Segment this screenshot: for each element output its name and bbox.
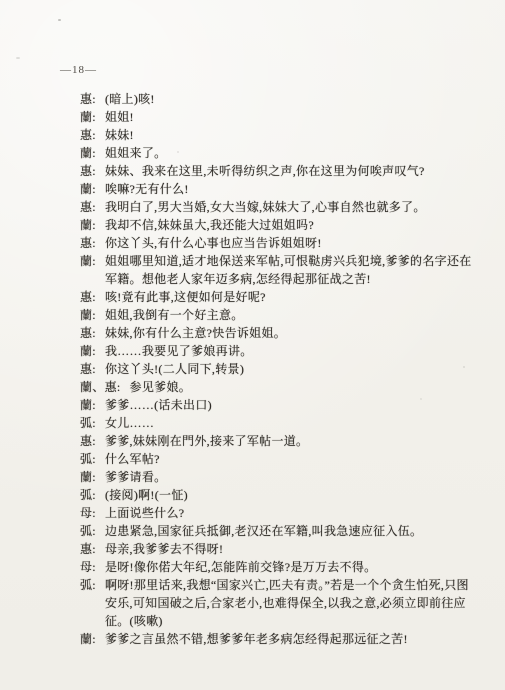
dialogue-text: 女儿…… — [105, 414, 475, 432]
dialogue-text: 唉嘛?无有什么! — [105, 180, 475, 198]
dialogue-text: 边患紧急,国家征兵抵御,老汉还在军籍,叫我急速应征入伍。 — [105, 522, 475, 540]
speaker-label: 惠: — [80, 360, 105, 378]
speaker-label: 蘭: — [80, 108, 105, 126]
dialogue-text: 你这丫头,有什么心事也应当告诉姐姐呀! — [105, 234, 475, 252]
script-line: 惠: 母亲,我爹爹去不得呀! — [80, 540, 475, 558]
dialogue-text: 妹妹、我来在这里,未听得纺织之声,你在这里为何唉声叹气? — [105, 162, 475, 180]
script-line: 惠: 妹妹! — [80, 126, 475, 144]
script-line: 弧: 女儿…… — [80, 414, 475, 432]
speaker-label: 弧: — [80, 522, 105, 540]
script-line: 蘭、惠: 参见爹娘。 — [80, 378, 475, 396]
speaker-label: 惠: — [80, 324, 105, 342]
dialogue-text: 我却不信,妹妹虽大,我还能大过姐姐吗? — [105, 216, 475, 234]
dialogue-text: 我……我要见了爹娘再讲。 — [105, 342, 475, 360]
dialogue-text: (暗上)咳! — [105, 90, 475, 108]
speaker-label: 弧: — [80, 414, 105, 432]
script-line: 蘭: 唉嘛?无有什么! — [80, 180, 475, 198]
speaker-label: 蘭: — [80, 216, 105, 234]
speaker-label: 蘭: — [80, 144, 105, 162]
speaker-label: 蘭: — [80, 396, 105, 414]
speaker-label: 蘭: — [80, 630, 105, 648]
script-line: 惠: 妹妹、我来在这里,未听得纺织之声,你在这里为何唉声叹气? — [80, 162, 475, 180]
speaker-label: 惠: — [80, 198, 105, 216]
scan-speck — [16, 57, 20, 59]
speaker-label: 惠: — [80, 90, 105, 108]
script-line: 母: 是呀!像你偌大年纪,怎能阵前交锋?是万万去不得。 — [80, 558, 475, 576]
dialogue-text: 姐姐,我倒有一个好主意。 — [105, 306, 475, 324]
dialogue-text: 妹妹! — [105, 126, 475, 144]
speaker-label: 弧: — [80, 576, 105, 594]
dialogue-text: 咳!竟有此事,这便如何是好呢? — [105, 288, 475, 306]
dialogue-text: 什么军帖? — [105, 450, 475, 468]
dialogue-text: 姐姐哪里知道,适才地保送来军帖,可恨鞑虏兴兵犯境,爹爹的名字还在军籍。想他老人家… — [105, 252, 475, 288]
speaker-label: 弧: — [80, 486, 105, 504]
speaker-label: 蘭: — [80, 468, 105, 486]
dialogue-text: 妹妹,你有什么主意?快告诉姐姐。 — [105, 324, 475, 342]
script-line: 惠: (暗上)咳! — [80, 90, 475, 108]
scan-speck — [58, 19, 61, 21]
speaker-label: 蘭: — [80, 180, 105, 198]
dialogue-text: 爹爹之言虽然不错,想爹爹年老多病怎经得起那远征之苦! — [105, 630, 475, 648]
script-line: 惠: 妹妹,你有什么主意?快告诉姐姐。 — [80, 324, 475, 342]
script-body: 惠: (暗上)咳! 蘭: 姐姐! 惠: 妹妹! 蘭: 姐姐来了。 惠: 妹妹、我… — [80, 90, 475, 648]
dialogue-text: 爹爹……(话未出口) — [105, 396, 475, 414]
speaker-label: 蘭: — [80, 342, 105, 360]
script-line: 蘭: 姐姐,我倒有一个好主意。 — [80, 306, 475, 324]
speaker-label: 惠: — [80, 540, 105, 558]
script-line: 惠: 你这丫头,有什么心事也应当告诉姐姐呀! — [80, 234, 475, 252]
speaker-label: 惠: — [80, 288, 105, 306]
dialogue-text: 你这丫头!(二人同下,转景) — [105, 360, 475, 378]
speaker-label: 惠: — [80, 162, 105, 180]
script-line: 弧: 边患紧急,国家征兵抵御,老汉还在军籍,叫我急速应征入伍。 — [80, 522, 475, 540]
script-line: 弧: 啊呀!那里话来,我想“国家兴亡,匹夫有责。”若是一个个贪生怕死,只图安乐,… — [80, 576, 475, 630]
dialogue-text: 爹爹请看。 — [105, 468, 475, 486]
dialogue-text: 啊呀!那里话来,我想“国家兴亡,匹夫有责。”若是一个个贪生怕死,只图安乐,可知国… — [105, 576, 475, 630]
dialogue-text: 是呀!像你偌大年纪,怎能阵前交锋?是万万去不得。 — [105, 558, 475, 576]
script-line: 母: 上面说些什么? — [80, 504, 475, 522]
script-line: 惠: 你这丫头!(二人同下,转景) — [80, 360, 475, 378]
dialogue-text: 母亲,我爹爹去不得呀! — [105, 540, 475, 558]
dialogue-text: (接阅)啊!(一怔) — [105, 486, 475, 504]
dialogue-text: 爹爹,妹妹刚在門外,接来了军帖一道。 — [105, 432, 475, 450]
script-line: 蘭: 爹爹请看。 — [80, 468, 475, 486]
script-line: 蘭: 爹爹……(话未出口) — [80, 396, 475, 414]
page-number: —18— — [60, 64, 97, 76]
speaker-label: 惠: — [80, 126, 105, 144]
script-line: 弧: 什么军帖? — [80, 450, 475, 468]
speaker-label: 蘭、惠: — [80, 378, 130, 396]
dialogue-text: 姐姐! — [105, 108, 475, 126]
speaker-label: 惠: — [80, 234, 105, 252]
script-line: 弧: (接阅)啊!(一怔) — [80, 486, 475, 504]
dialogue-text: 我明白了,男大当婚,女大当嫁,妹妹大了,心事自然也就多了。 — [105, 198, 475, 216]
script-line: 蘭: 姐姐! — [80, 108, 475, 126]
dialogue-text: 参见爹娘。 — [130, 378, 475, 396]
dialogue-text: 姐姐来了。 — [105, 144, 475, 162]
script-line: 惠: 咳!竟有此事,这便如何是好呢? — [80, 288, 475, 306]
script-line: 惠: 爹爹,妹妹刚在門外,接来了军帖一道。 — [80, 432, 475, 450]
speaker-label: 母: — [80, 504, 105, 522]
script-line: 蘭: 姐姐来了。 — [80, 144, 475, 162]
script-line: 蘭: 我却不信,妹妹虽大,我还能大过姐姐吗? — [80, 216, 475, 234]
script-line: 惠: 我明白了,男大当婚,女大当嫁,妹妹大了,心事自然也就多了。 — [80, 198, 475, 216]
speaker-label: 惠: — [80, 432, 105, 450]
script-line: 蘭: 爹爹之言虽然不错,想爹爹年老多病怎经得起那远征之苦! — [80, 630, 475, 648]
speaker-label: 蘭: — [80, 252, 105, 270]
script-line: 蘭: 我……我要见了爹娘再讲。 — [80, 342, 475, 360]
speaker-label: 弧: — [80, 450, 105, 468]
script-line: 蘭: 姐姐哪里知道,适才地保送来军帖,可恨鞑虏兴兵犯境,爹爹的名字还在军籍。想他… — [80, 252, 475, 288]
scanned-page: —18— 惠: (暗上)咳! 蘭: 姐姐! 惠: 妹妹! 蘭: 姐姐来了。 惠:… — [0, 0, 505, 690]
dialogue-text: 上面说些什么? — [105, 504, 475, 522]
speaker-label: 母: — [80, 558, 105, 576]
speaker-label: 蘭: — [80, 306, 105, 324]
